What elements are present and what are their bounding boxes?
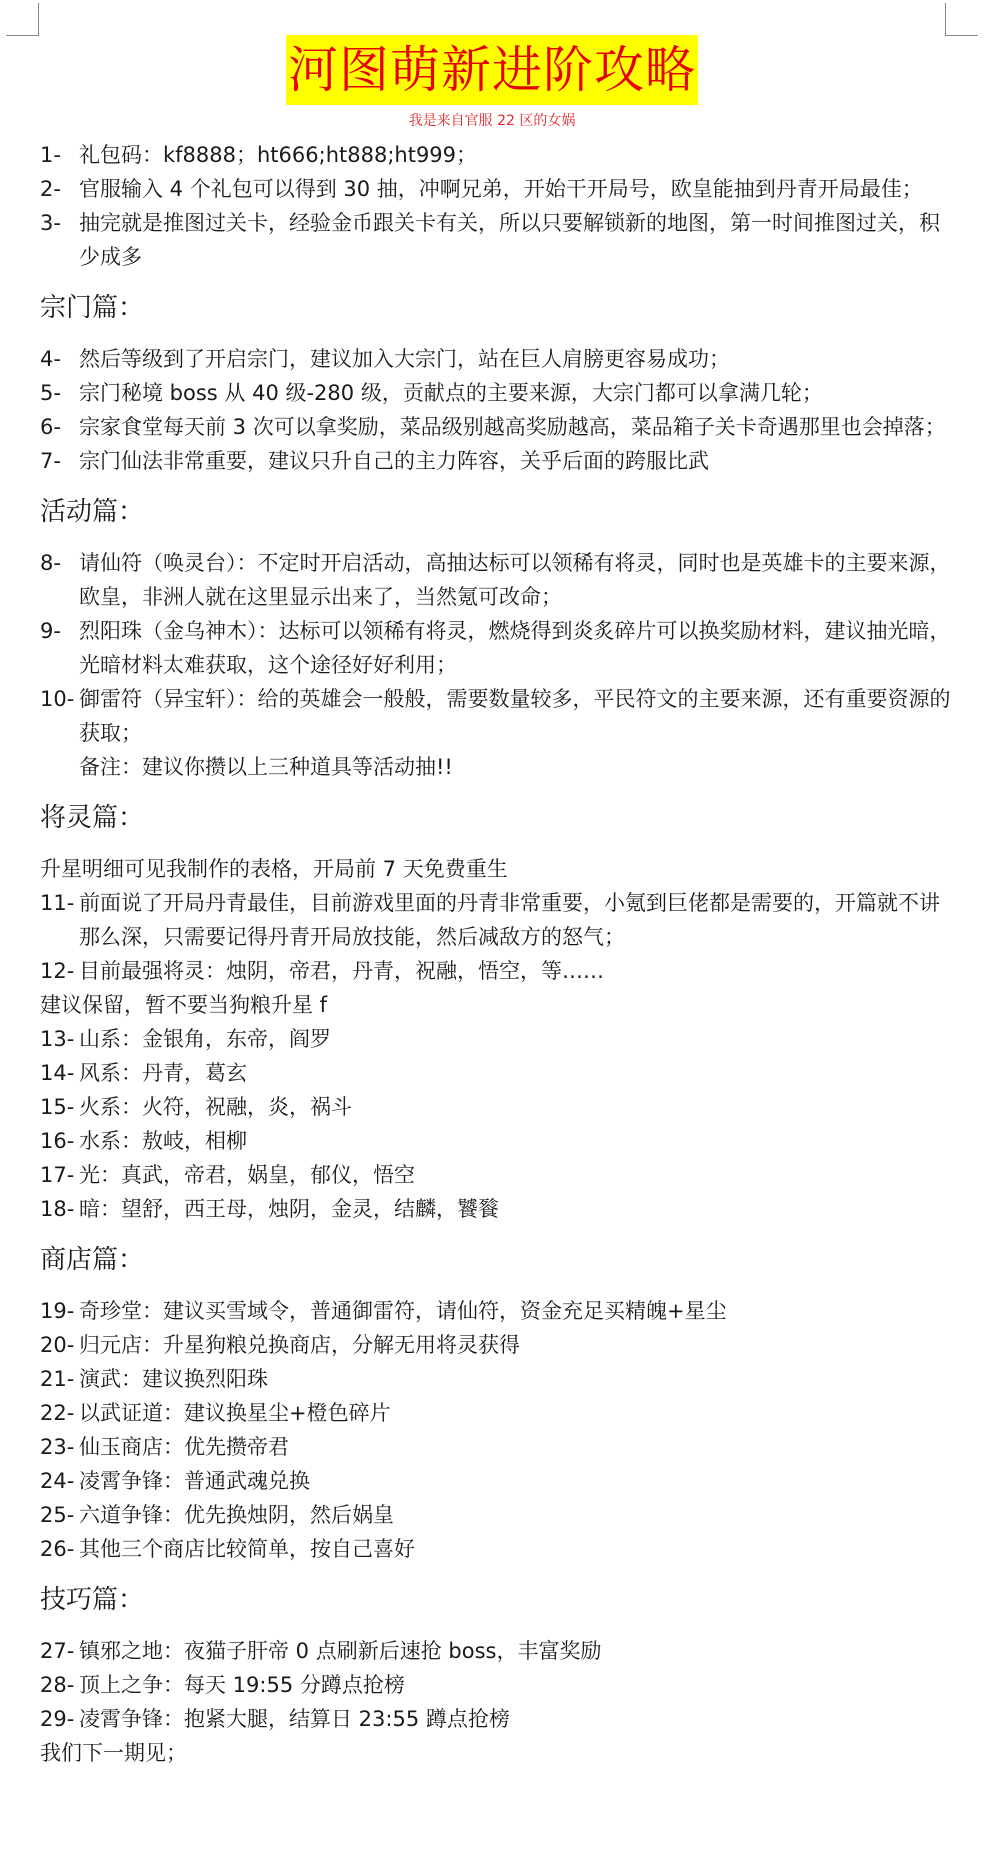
item-number: 13- — [40, 1022, 79, 1056]
page-corner-mark-left — [6, 3, 39, 36]
item-text: 仙玉商店：优先攒帝君 — [79, 1430, 960, 1464]
document-title: 河图萌新进阶攻略 — [286, 35, 698, 105]
item-number: 17- — [40, 1158, 79, 1192]
section-heading-shop: 商店篇： — [40, 1240, 960, 1280]
page-corner-mark-right — [945, 3, 978, 36]
item-text: 山系：金银角，东帝，阎罗 — [79, 1022, 960, 1056]
item-text: 御雷符（异宝轩）：给的英雄会一般般，需要数量较多，平民符文的主要来源，还有重要资… — [79, 682, 960, 750]
section-heading-activity: 活动篇： — [40, 492, 960, 532]
list-item: 27-镇邪之地：夜猫子肝帝 0 点刷新后速抢 boss，丰富奖励 — [40, 1634, 960, 1668]
list-item: 17-光：真武，帝君，娲皇，郁仪，悟空 — [40, 1158, 960, 1192]
section-heading-tips: 技巧篇： — [40, 1580, 960, 1620]
item-text: 六道争锋：优先换烛阴，然后娲皇 — [79, 1498, 960, 1532]
item-text: 光：真武，帝君，娲皇，郁仪，悟空 — [79, 1158, 960, 1192]
sect-list: 4-然后等级到了开启宗门，建议加入大宗门，站在巨人肩膀更容易成功； 5-宗门秘境… — [40, 342, 960, 478]
item-number: 10- — [40, 682, 79, 750]
document-body: 1-礼包码：kf8888；ht666;ht888;ht999； 2-官服输入 4… — [40, 138, 960, 1770]
item-number: 12- — [40, 954, 79, 988]
list-item: 13-山系：金银角，东帝，阎罗 — [40, 1022, 960, 1056]
list-item: 11-前面说了开局丹青最佳，目前游戏里面的丹青非常重要，小氪到巨佬都是需要的，开… — [40, 886, 960, 954]
item-text: 宗家食堂每天前 3 次可以拿奖励，菜品级别越高奖励越高，菜品箱子关卡奇遇那里也会… — [79, 410, 960, 444]
hero-intro-text: 升星明细可见我制作的表格，开局前 7 天免费重生 — [40, 852, 960, 886]
item-text: 水系：敖岐，相柳 — [79, 1124, 960, 1158]
item-number: 21- — [40, 1362, 79, 1396]
list-item: 12-目前最强将灵：烛阴，帝君，丹青，祝融，悟空，等…… — [40, 954, 960, 988]
hero-advice-text: 建议保留，暂不要当狗粮升星 f — [40, 988, 960, 1022]
list-item: 9-烈阳珠（金乌神木）：达标可以领稀有将灵，燃烧得到炎炙碎片可以换奖励材料，建议… — [40, 614, 960, 682]
item-number: 19- — [40, 1294, 79, 1328]
list-item: 19-奇珍堂：建议买雪域令，普通御雷符，请仙符，资金充足买精魄+星尘 — [40, 1294, 960, 1328]
item-text: 演武：建议换烈阳珠 — [79, 1362, 960, 1396]
item-number: 25- — [40, 1498, 79, 1532]
closing-text: 我们下一期见； — [40, 1736, 960, 1770]
item-text: 顶上之争：每天 19:55 分蹲点抢榜 — [79, 1668, 960, 1702]
list-item: 22-以武证道：建议换星尘+橙色碎片 — [40, 1396, 960, 1430]
list-item: 23-仙玉商店：优先攒帝君 — [40, 1430, 960, 1464]
item-text: 请仙符（唤灵台）：不定时开启活动，高抽达标可以领稀有将灵，同时也是英雄卡的主要来… — [79, 546, 960, 614]
list-item: 14-风系：丹青，葛玄 — [40, 1056, 960, 1090]
tips-list: 27-镇邪之地：夜猫子肝帝 0 点刷新后速抢 boss，丰富奖励 28-顶上之争… — [40, 1634, 960, 1770]
document-subtitle: 我是来自官服 22 区的女娲 — [0, 110, 984, 130]
item-text: 然后等级到了开启宗门，建议加入大宗门，站在巨人肩膀更容易成功； — [79, 342, 960, 376]
activity-note: 备注：建议你攒以上三种道具等活动抽!! — [40, 750, 960, 784]
item-number: 18- — [40, 1192, 79, 1226]
item-text: 官服输入 4 个礼包可以得到 30 抽，冲啊兄弟，开始干开局号，欧皇能抽到丹青开… — [79, 172, 960, 206]
item-text: 凌霄争锋：抱紧大腿，结算日 23:55 蹲点抢榜 — [79, 1702, 960, 1736]
list-item: 10-御雷符（异宝轩）：给的英雄会一般般，需要数量较多，平民符文的主要来源，还有… — [40, 682, 960, 750]
activity-list: 8-请仙符（唤灵台）：不定时开启活动，高抽达标可以领稀有将灵，同时也是英雄卡的主… — [40, 546, 960, 784]
item-number: 6- — [40, 410, 79, 444]
item-number: 14- — [40, 1056, 79, 1090]
list-item: 16-水系：敖岐，相柳 — [40, 1124, 960, 1158]
item-number: 1- — [40, 138, 79, 172]
intro-list: 1-礼包码：kf8888；ht666;ht888;ht999； 2-官服输入 4… — [40, 138, 960, 274]
item-number: 3- — [40, 206, 79, 274]
item-number: 9- — [40, 614, 79, 682]
list-item: 2-官服输入 4 个礼包可以得到 30 抽，冲啊兄弟，开始干开局号，欧皇能抽到丹… — [40, 172, 960, 206]
item-text: 前面说了开局丹青最佳，目前游戏里面的丹青非常重要，小氪到巨佬都是需要的，开篇就不… — [79, 886, 960, 954]
item-number: 2- — [40, 172, 79, 206]
item-text: 抽完就是推图过关卡，经验金币跟关卡有关，所以只要解锁新的地图，第一时间推图过关，… — [79, 206, 960, 274]
item-number: 20- — [40, 1328, 79, 1362]
item-number: 7- — [40, 444, 79, 478]
item-text: 宗门秘境 boss 从 40 级-280 级，贡献点的主要来源，大宗门都可以拿满… — [79, 376, 960, 410]
item-text: 火系：火符，祝融，炎，祸斗 — [79, 1090, 960, 1124]
list-item: 29-凌霄争锋：抱紧大腿，结算日 23:55 蹲点抢榜 — [40, 1702, 960, 1736]
item-number: 16- — [40, 1124, 79, 1158]
list-item: 26-其他三个商店比较简单，按自己喜好 — [40, 1532, 960, 1566]
item-number: 15- — [40, 1090, 79, 1124]
item-number: 24- — [40, 1464, 79, 1498]
item-number: 28- — [40, 1668, 79, 1702]
list-item: 21-演武：建议换烈阳珠 — [40, 1362, 960, 1396]
item-number: 4- — [40, 342, 79, 376]
list-item: 24-凌霄争锋：普通武魂兑换 — [40, 1464, 960, 1498]
item-text: 其他三个商店比较简单，按自己喜好 — [79, 1532, 960, 1566]
item-number: 29- — [40, 1702, 79, 1736]
list-item: 6-宗家食堂每天前 3 次可以拿奖励，菜品级别越高奖励越高，菜品箱子关卡奇遇那里… — [40, 410, 960, 444]
list-item: 18-暗：望舒，西王母，烛阴，金灵，结麟，饕餮 — [40, 1192, 960, 1226]
item-text: 礼包码：kf8888；ht666;ht888;ht999； — [79, 138, 960, 172]
item-number: 27- — [40, 1634, 79, 1668]
item-number: 22- — [40, 1396, 79, 1430]
item-number: 5- — [40, 376, 79, 410]
item-text: 宗门仙法非常重要，建议只升自己的主力阵容，关乎后面的跨服比武 — [79, 444, 960, 478]
shop-list: 19-奇珍堂：建议买雪域令，普通御雷符，请仙符，资金充足买精魄+星尘 20-归元… — [40, 1294, 960, 1566]
list-item: 4-然后等级到了开启宗门，建议加入大宗门，站在巨人肩膀更容易成功； — [40, 342, 960, 376]
list-item: 8-请仙符（唤灵台）：不定时开启活动，高抽达标可以领稀有将灵，同时也是英雄卡的主… — [40, 546, 960, 614]
item-text: 归元店：升星狗粮兑换商店，分解无用将灵获得 — [79, 1328, 960, 1362]
item-number: 8- — [40, 546, 79, 614]
title-container: 河图萌新进阶攻略 — [0, 35, 984, 105]
list-item: 5-宗门秘境 boss 从 40 级-280 级，贡献点的主要来源，大宗门都可以… — [40, 376, 960, 410]
section-heading-sect: 宗门篇： — [40, 288, 960, 328]
item-text: 以武证道：建议换星尘+橙色碎片 — [79, 1396, 960, 1430]
item-text: 奇珍堂：建议买雪域令，普通御雷符，请仙符，资金充足买精魄+星尘 — [79, 1294, 960, 1328]
item-text: 目前最强将灵：烛阴，帝君，丹青，祝融，悟空，等…… — [79, 954, 960, 988]
item-text: 风系：丹青，葛玄 — [79, 1056, 960, 1090]
item-number: 26- — [40, 1532, 79, 1566]
list-item: 25-六道争锋：优先换烛阴，然后娲皇 — [40, 1498, 960, 1532]
list-item: 3-抽完就是推图过关卡，经验金币跟关卡有关，所以只要解锁新的地图，第一时间推图过… — [40, 206, 960, 274]
item-text: 镇邪之地：夜猫子肝帝 0 点刷新后速抢 boss，丰富奖励 — [79, 1634, 960, 1668]
section-heading-hero: 将灵篇： — [40, 798, 960, 838]
list-item: 1-礼包码：kf8888；ht666;ht888;ht999； — [40, 138, 960, 172]
list-item: 15-火系：火符，祝融，炎，祸斗 — [40, 1090, 960, 1124]
list-item: 7-宗门仙法非常重要，建议只升自己的主力阵容，关乎后面的跨服比武 — [40, 444, 960, 478]
list-item: 20-归元店：升星狗粮兑换商店，分解无用将灵获得 — [40, 1328, 960, 1362]
item-text: 凌霄争锋：普通武魂兑换 — [79, 1464, 960, 1498]
item-text: 暗：望舒，西王母，烛阴，金灵，结麟，饕餮 — [79, 1192, 960, 1226]
item-number: 11- — [40, 886, 79, 954]
item-text: 烈阳珠（金乌神木）：达标可以领稀有将灵，燃烧得到炎炙碎片可以换奖励材料，建议抽光… — [79, 614, 960, 682]
item-number: 23- — [40, 1430, 79, 1464]
hero-list: 升星明细可见我制作的表格，开局前 7 天免费重生 11-前面说了开局丹青最佳，目… — [40, 852, 960, 1226]
list-item: 28-顶上之争：每天 19:55 分蹲点抢榜 — [40, 1668, 960, 1702]
